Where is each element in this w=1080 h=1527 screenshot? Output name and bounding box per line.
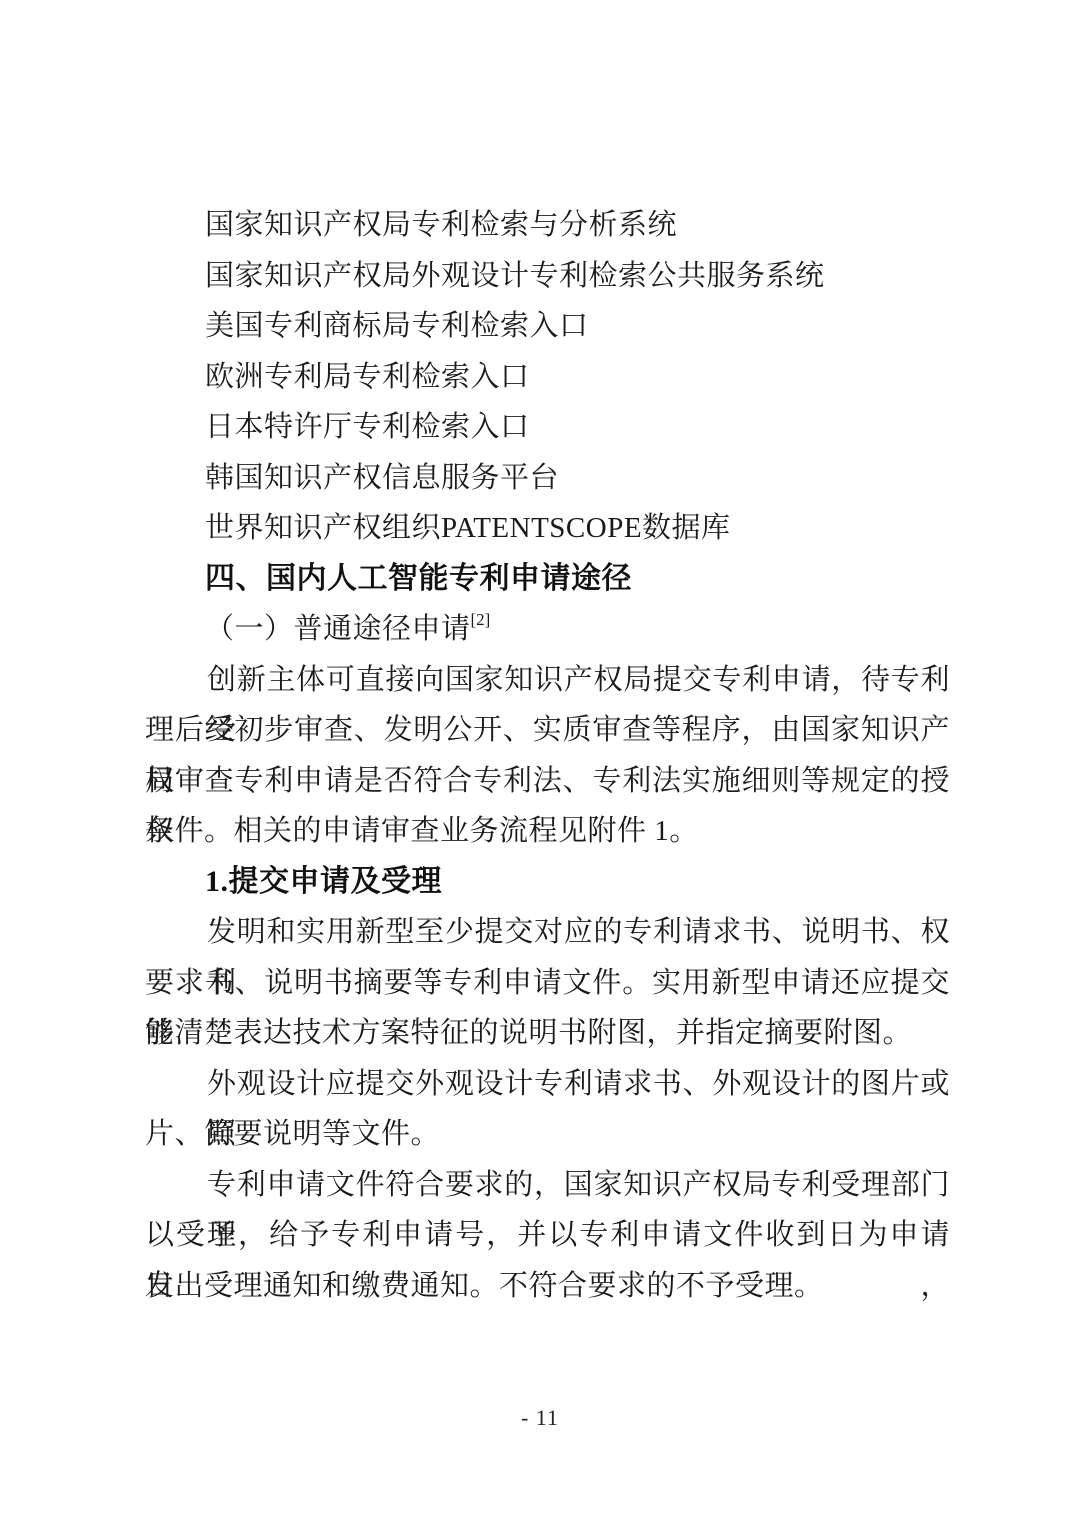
resource-list-item: 世界知识产权组织PATENTSCOPE数据库 <box>145 503 950 554</box>
section-heading: 四、国内人工智能专利申请途径 <box>145 554 950 605</box>
subsection-heading: （一）普通途径申请[2] <box>145 604 950 655</box>
resource-list-item: 国家知识产权局外观设计专利检索公共服务系统 <box>145 251 950 302</box>
paragraph-line: 够清楚表达技术方案特征的说明书附图，并指定摘要附图。 <box>145 1008 950 1059</box>
document-body: 国家知识产权局专利检索与分析系统 国家知识产权局外观设计专利检索公共服务系统 美… <box>145 0 950 1311</box>
page-number: - 11 <box>0 1400 1080 1436</box>
resource-list-item: 美国专利商标局专利检索入口 <box>145 301 950 352</box>
resource-list-item: 韩国知识产权信息服务平台 <box>145 453 950 504</box>
paragraph-line: 创新主体可直接向国家知识产权局提交专利申请，待专利受 <box>145 655 950 706</box>
subsection-heading-text: （一）普通途径申请 <box>205 613 471 645</box>
document-page: 国家知识产权局专利检索与分析系统 国家知识产权局外观设计专利检索公共服务系统 美… <box>0 0 1080 1527</box>
paragraph-line: 发明和实用新型至少提交对应的专利请求书、说明书、权利 <box>145 907 950 958</box>
paragraph-line: 以受理，给予专利申请号，并以专利申请文件收到日为申请日， <box>145 1210 950 1261</box>
footnote-reference: [2] <box>471 610 491 629</box>
paragraph-line: 外观设计应提交外观设计专利请求书、外观设计的图片或照 <box>145 1059 950 1110</box>
paragraph-line: 要求书、说明书摘要等专利申请文件。实用新型申请还应提交能 <box>145 958 950 1009</box>
resource-list-item: 国家知识产权局专利检索与分析系统 <box>145 200 950 251</box>
resource-list-item: 日本特许厅专利检索入口 <box>145 402 950 453</box>
resource-list-item: 欧洲专利局专利检索入口 <box>145 352 950 403</box>
paragraph-line: 条件。相关的申请审查业务流程见附件 1。 <box>145 806 950 857</box>
numbered-subsection-heading: 1.提交申请及受理 <box>145 857 950 908</box>
paragraph-line: 局审查专利申请是否符合专利法、专利法实施细则等规定的授权 <box>145 756 950 807</box>
paragraph-line: 片、简要说明等文件。 <box>145 1109 950 1160</box>
paragraph-line: 理后经初步审查、发明公开、实质审查等程序，由国家知识产权 <box>145 705 950 756</box>
paragraph-line: 专利申请文件符合要求的，国家知识产权局专利受理部门予 <box>145 1160 950 1211</box>
